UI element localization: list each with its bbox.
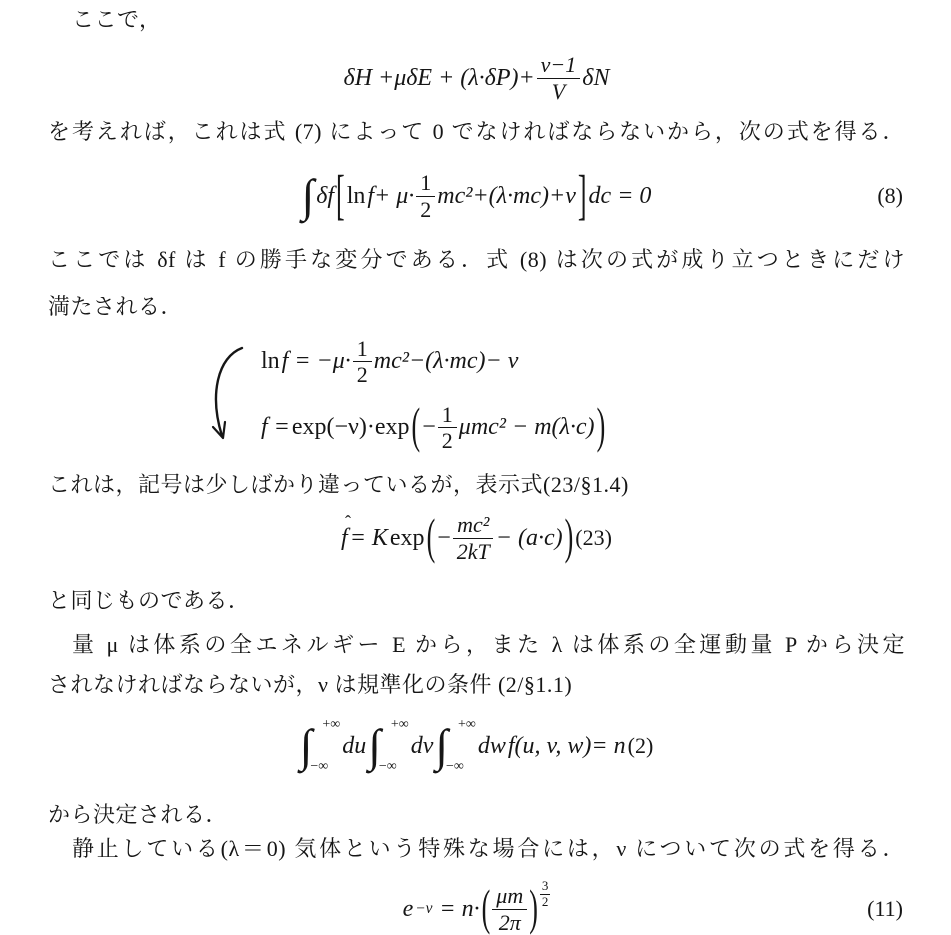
fraction-denominator: 2π (495, 910, 525, 935)
eq23-mid: = K (350, 525, 388, 552)
eq2-du: du (342, 733, 366, 760)
paragraph-variation-line2: 満たされる． (48, 283, 905, 330)
eq8-end: dc = 0 (589, 183, 652, 210)
eq9-lhs: f = −μ· (282, 348, 351, 375)
paragraph-determined: から決定される． (48, 799, 905, 831)
equation-number: (8) (877, 183, 903, 209)
eq11-base: e (403, 896, 414, 923)
fraction-denominator: 2 (416, 197, 435, 222)
eq23-rhs: − (a·c) (496, 525, 563, 552)
equation-group-9-10: ln f = −μ· 1 2 mc²−(λ·mc)− ν (9) f = exp… (48, 336, 905, 453)
left-paren: ( (482, 881, 491, 935)
integral-with-limits: ∫ +∞ −∞ (368, 718, 409, 774)
fraction: 1 2 (416, 170, 435, 222)
lower-limit: −∞ (310, 760, 340, 774)
equation-9: ln f = −μ· 1 2 mc²−(λ·mc)− ν (9) (48, 336, 951, 388)
upper-limit: +∞ (322, 718, 340, 732)
eq10-minus: − (422, 414, 436, 441)
paragraph-intro: ここで， (48, 4, 905, 36)
fraction-numerator: 1 (416, 170, 435, 196)
equation-8: ∫ δf [ ln f+ μ· 1 2 mc²+(λ·mc)+ν ] dc = … (48, 164, 905, 228)
eq-variation-pre: δH +μδE + (λ·δP)+ (344, 65, 535, 92)
eq23-exp: exp (390, 525, 425, 552)
eq9-rhs: mc²−(λ·mc)− ν (374, 348, 519, 375)
equation-variation-sum: δH +μδE + (λ·δP)+ ν−1 V δN (48, 50, 905, 106)
fraction-numerator: 1 (353, 336, 372, 362)
paragraph-comparison: これは，記号は少しばかり違っているが，表示式(23/§1.4) (48, 469, 905, 501)
equation-number: (23) (575, 525, 612, 551)
fraction: mc² 2kT (453, 512, 494, 564)
equation-11: e −ν = n· ( μm 2π ) 3 2 (11) (48, 877, 905, 935)
f-hat: fˆ (341, 525, 348, 552)
fraction-numerator: 1 (438, 402, 457, 428)
eq9-ln: ln (261, 348, 280, 375)
upper-limit: +∞ (391, 718, 409, 732)
paragraph-rest-gas: 静止している(λ＝0) 気体という特殊な場合には，ν について次の式を得る． (48, 831, 905, 867)
paragraph-same: と同じものである． (48, 585, 905, 617)
exponent-denominator: 2 (542, 895, 549, 910)
integral-with-limits: ∫ +∞ −∞ (300, 718, 341, 774)
eq8-mid1: f+ μ· (367, 183, 414, 210)
integral-limits: +∞ −∞ (314, 718, 340, 774)
paragraph-determination-line2: されなければならないが，ν は規準化の条件 (2/§1.1) (48, 665, 905, 705)
right-paren: ) (565, 510, 574, 567)
paragraph-same-text: と同じものである． (48, 588, 251, 613)
hat-accent: ˆ (345, 512, 351, 533)
fraction: μm 2π (492, 883, 527, 935)
exponent-numerator: 3 (540, 879, 551, 895)
left-bracket: [ (336, 165, 345, 228)
paragraph-rest-gas-text: 静止している(λ＝0) 気体という特殊な場合には，ν について次の式を得る． (48, 831, 905, 867)
right-bracket: ] (578, 165, 587, 228)
upper-limit: +∞ (458, 718, 476, 732)
integral-limits: +∞ −∞ (450, 718, 476, 774)
eq2-dw-tail: dw (478, 733, 506, 760)
eq2-dv: dv (411, 733, 434, 760)
eq23-minus: − (437, 525, 451, 552)
paragraph-consider-text: を考えれば，これは式 (7) によって 0 でなければならないから，次の式を得る… (48, 116, 905, 148)
eq8-ln: ln (347, 183, 366, 210)
paragraph-determined-text: から決定される． (48, 802, 228, 827)
equation-2: ∫ +∞ −∞ du ∫ +∞ −∞ dv ∫ +∞ −∞ (48, 715, 905, 777)
equation-gap (48, 388, 905, 402)
fraction-numerator: mc² (453, 512, 493, 538)
paragraph-comparison-text: これは，記号は少しばかり違っているが，表示式(23/§1.4) (48, 472, 629, 497)
integral-limits: +∞ −∞ (383, 718, 409, 774)
equation-10: f = exp(−ν)·exp ( − 1 2 μmc² − m(λ·c) ) … (48, 402, 951, 454)
fraction: 1 2 (438, 402, 457, 454)
right-paren: ) (529, 881, 538, 935)
fraction-denominator: V (548, 79, 569, 104)
eq2-tail: f(u, v, w)= n (508, 733, 626, 760)
equation-number: (11) (867, 896, 903, 922)
eq8-mid2: mc²+(λ·mc)+ν (437, 183, 576, 210)
paragraph-variation-note: ここでは δf は f の勝手な変分である．式 (8) は次の式が成り立つときに… (48, 236, 905, 330)
paragraph-determination: 量 μ は体系の全エネルギー E から，また λ は体系の全運動量 P から決定… (48, 625, 905, 705)
lower-limit: −∞ (446, 760, 476, 774)
fraction-numerator: μm (492, 883, 527, 909)
exponent-fraction: 3 2 (540, 879, 551, 909)
equation-23: fˆ = K exp ( − mc² 2kT − (a·c) ) (23) (48, 509, 905, 567)
document-page: ここで， δH +μδE + (λ·δP)+ ν−1 V δN を考えれば，これ… (0, 0, 951, 935)
paragraph-determination-line1: 量 μ は体系の全エネルギー E から，また λ は体系の全運動量 P から決定 (48, 625, 905, 665)
lower-limit: −∞ (379, 760, 409, 774)
fraction-numerator: ν−1 (537, 52, 581, 78)
left-paren: ( (427, 510, 436, 567)
integral-sign: ∫ (302, 175, 315, 216)
left-paren: ( (412, 399, 421, 456)
fraction: ν−1 V (537, 52, 581, 104)
eq10-exp: exp(−ν)·exp (292, 414, 410, 441)
fraction-denominator: 2 (438, 428, 457, 453)
fraction: 1 2 (353, 336, 372, 388)
eq11-mid: = n· (439, 896, 479, 923)
eq-variation-post: δN (582, 65, 609, 92)
paragraph-consider: を考えれば，これは式 (7) によって 0 でなければならないから，次の式を得る… (48, 116, 905, 148)
eq10-rhs: μmc² − m(λ·c) (459, 414, 595, 441)
right-paren: ) (597, 399, 606, 456)
integral-with-limits: ∫ +∞ −∞ (435, 718, 476, 774)
fraction-denominator: 2kT (453, 539, 494, 564)
eq8-integrand-prefix: δf (316, 183, 334, 210)
equation-number: (2) (628, 733, 654, 759)
fraction-denominator: 2 (353, 362, 372, 387)
paragraph-intro-text: ここで， (72, 7, 162, 32)
eq10-lhs: f = (261, 414, 290, 441)
paragraph-variation-line1: ここでは δf は f の勝手な変分である．式 (8) は次の式が成り立つときに… (48, 236, 905, 283)
